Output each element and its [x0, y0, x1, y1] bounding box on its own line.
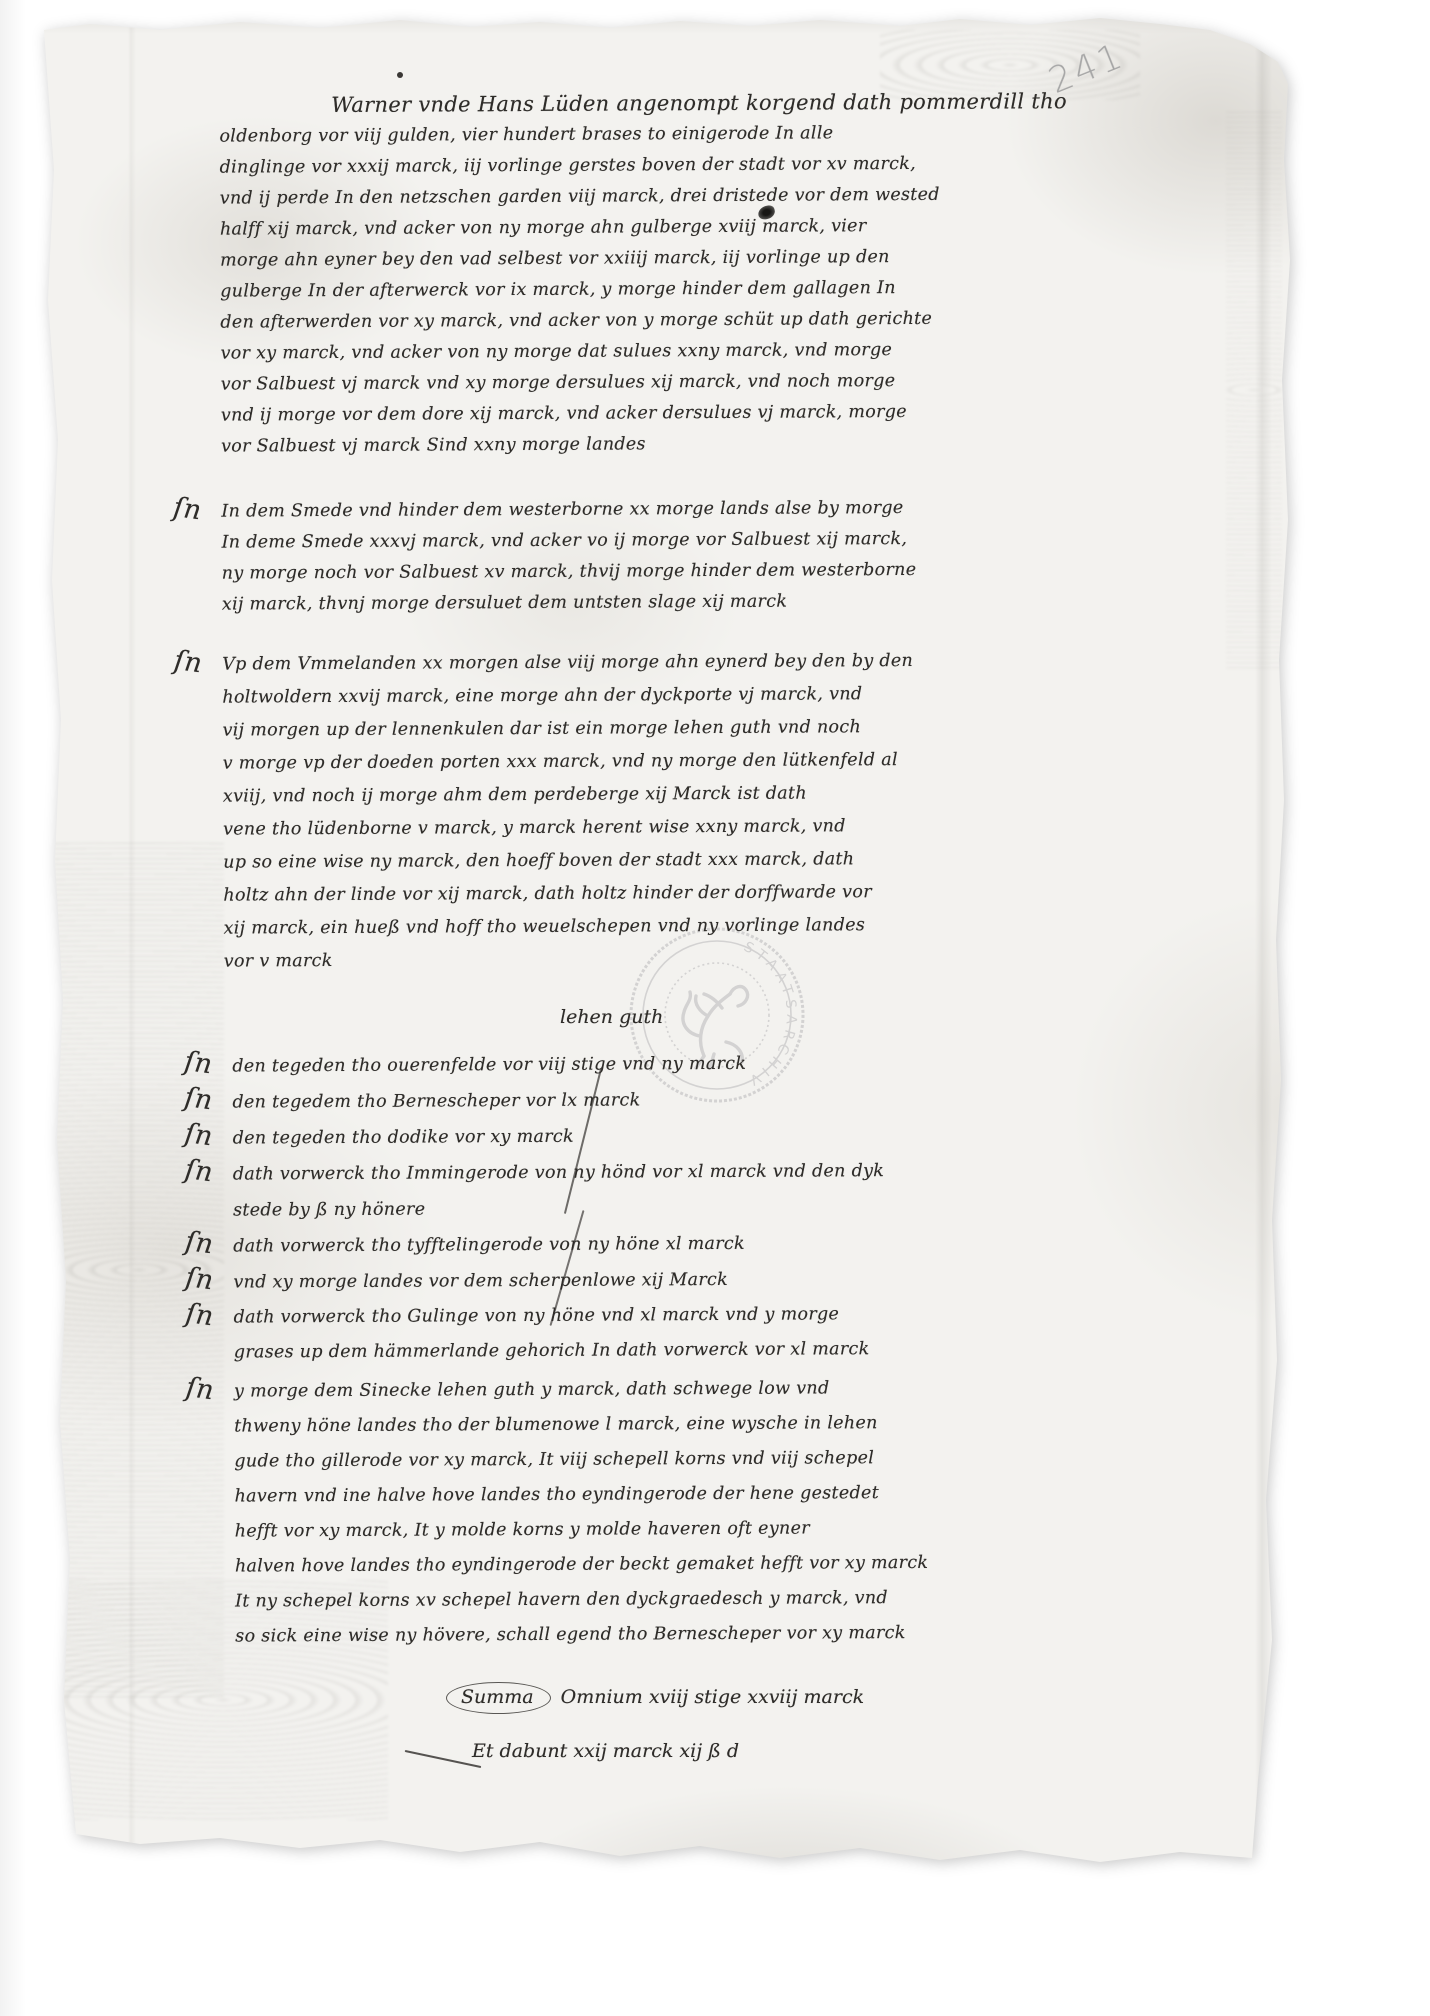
paragraph: ſndath vorwerck tho Immingerode von ny h… — [233, 1151, 1263, 1228]
manuscript-line: thweny höne landes tho der blumenowe l m… — [234, 1404, 1264, 1444]
paragraph: ſnden tegeden tho dodike vor xy marck — [233, 1115, 1263, 1156]
item-marker: ſn — [172, 644, 204, 680]
item-marker: ſn — [182, 1080, 215, 1119]
manuscript-line: gude tho gillerode vor xy marck, It viij… — [234, 1439, 1264, 1479]
paragraph: Warner vnde Hans Lüden angenompt korgend… — [219, 85, 1251, 462]
manuscript-line: hefft vor xy marck, It y molde korns y m… — [235, 1509, 1265, 1549]
item-marker: ſn — [183, 1296, 215, 1334]
summa-rest: Omnium xviij stige xxviij marck — [561, 1686, 864, 1708]
paragraph: ſndath vorwerck tho tyfftelingerode von … — [233, 1223, 1263, 1264]
manuscript-line: grases up dem hämmerlande gehorich In da… — [234, 1330, 1264, 1370]
manuscript-line: stede by ß ny hönere — [233, 1187, 1263, 1228]
manuscript-line: Vp dem Vmmelanden xx morgen alse viij mo… — [222, 643, 1252, 681]
item-marker: ſn — [183, 1260, 216, 1299]
inline-heading: lehen guth — [560, 1006, 663, 1028]
manuscript-line: It ny schepel korns xv schepel havern de… — [235, 1579, 1265, 1619]
scan-background: STAATSARCHIV 241 Warner vnde Hans Lüden … — [0, 0, 1430, 2016]
manuscript-line: up so eine wise ny marck, den hoeff bove… — [223, 841, 1253, 879]
paragraph: ſnden tegeden tho ouerenfelde vor viij s… — [232, 1043, 1262, 1084]
item-marker: ſn — [182, 1044, 215, 1083]
manuscript-line: den tegeden tho ouerenfelde vor viij sti… — [232, 1043, 1262, 1084]
circled-word: Summa — [446, 1682, 551, 1714]
manuscript-line: y morge dem Sinecke lehen guth y marck, … — [234, 1369, 1264, 1409]
manuscript-line: dath vorwerck tho Immingerode von ny hön… — [233, 1151, 1263, 1192]
manuscript-line: holtwoldern xxvij marck, eine morge ahn … — [222, 676, 1252, 714]
manuscript-line: vor Salbuest vj marck Sind xxny morge la… — [221, 426, 1251, 462]
manuscript-line: so sick eine wise ny hövere, schall egen… — [235, 1614, 1265, 1654]
manuscript-line: vij morgen up der lennenkulen dar ist ei… — [222, 709, 1252, 747]
paragraph: ſndath vorwerck tho Gulinge von ny höne … — [234, 1295, 1264, 1370]
manuscript-line: havern vnd ine halve hove landes tho eyn… — [234, 1474, 1264, 1514]
manuscript-line: xij marck, thvnj morge dersuluet dem unt… — [222, 584, 1252, 620]
dabunt-line: Et dabunt xxij marck xij ß d — [472, 1740, 739, 1762]
paragraph: ſnden tegedem tho Bernescheper vor lx ma… — [232, 1079, 1262, 1120]
manuscript-line: dath vorwerck tho tyfftelingerode von ny… — [233, 1223, 1263, 1264]
paper-shadow: STAATSARCHIV 241 Warner vnde Hans Lüden … — [0, 0, 1430, 2016]
item-marker: ſn — [182, 1116, 215, 1155]
manuscript-line: holtz ahn der linde vor xij marck, dath … — [223, 874, 1253, 912]
paragraph: ſnvnd xy morge landes vor dem scherpenlo… — [233, 1259, 1263, 1300]
manuscript-line: vnd xy morge landes vor dem scherpenlowe… — [233, 1259, 1263, 1300]
manuscript-line: den tegedem tho Bernescheper vor lx marc… — [232, 1079, 1262, 1120]
manuscript-line: halven hove landes tho eyndingerode der … — [235, 1544, 1265, 1584]
item-marker: ſn — [183, 1152, 216, 1191]
manuscript-line: xviij, vnd noch ij morge ahm dem perdebe… — [223, 775, 1253, 813]
paper: STAATSARCHIV 241 Warner vnde Hans Lüden … — [0, 0, 1430, 2016]
item-marker: ſn — [184, 1370, 216, 1408]
manuscript-line: xij marck, ein hueß vnd hoff tho weuelsc… — [223, 907, 1253, 945]
manuscript-line: vor v marck — [224, 940, 1254, 978]
manuscript-line: v morge vp der doeden porten xxx marck, … — [223, 742, 1253, 780]
manuscript-line: vene tho lüdenborne v marck, y marck her… — [223, 808, 1253, 846]
paragraph: ſnVp dem Vmmelanden xx morgen alse viij … — [222, 643, 1254, 978]
summa-line: SummaOmnium xviij stige xxviij marck — [446, 1686, 864, 1708]
manuscript-text: Warner vnde Hans Lüden angenompt korgend… — [0, 0, 1430, 2016]
paragraph: ſnIn dem Smede vnd hinder dem westerborn… — [221, 491, 1252, 620]
manuscript-line: dath vorwerck tho Gulinge von ny höne vn… — [234, 1295, 1264, 1335]
item-marker: ſn — [171, 492, 203, 526]
manuscript-line: den tegeden tho dodike vor xy marck — [233, 1115, 1263, 1156]
ink-dot — [397, 72, 403, 78]
paragraph: ſny morge dem Sinecke lehen guth y marck… — [234, 1369, 1265, 1654]
item-marker: ſn — [183, 1224, 216, 1263]
